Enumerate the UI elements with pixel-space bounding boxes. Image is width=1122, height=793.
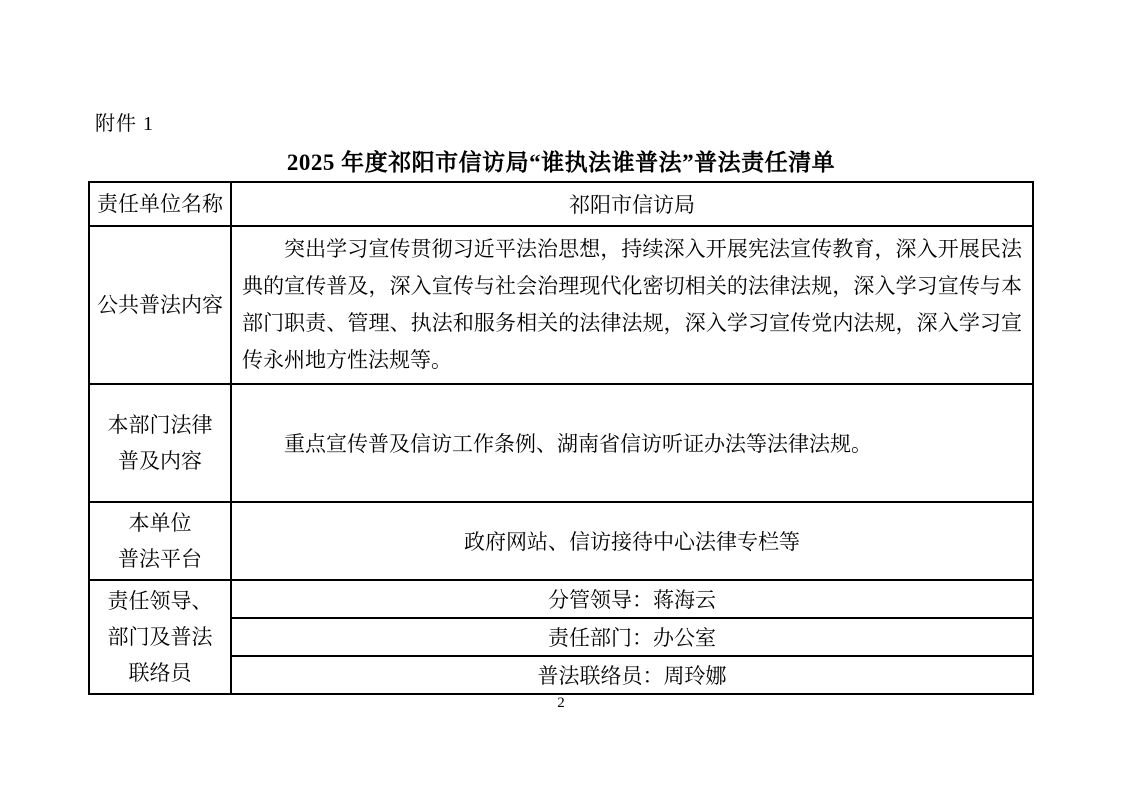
row-label-platform-line2: 普法平台: [94, 541, 226, 577]
row-value-unit-name: 祁阳市信访局: [231, 182, 1033, 226]
row-label-leaders-line2: 部门及普法: [94, 619, 226, 655]
row-label-dept-law-line2: 普及内容: [94, 443, 226, 479]
table-row-leaders-3: 普法联络员：周玲娜: [89, 656, 1033, 694]
row-label-platform: 本单位 普法平台: [89, 502, 231, 580]
row-value-responsible-dept: 责任部门：办公室: [231, 618, 1033, 656]
row-value-public-content: 突出学习宣传贯彻习近平法治思想，持续深入开展宪法宣传教育，深入开展民法典的宣传普…: [231, 226, 1033, 384]
table-row-public-content: 公共普法内容 突出学习宣传贯彻习近平法治思想，持续深入开展宪法宣传教育，深入开展…: [89, 226, 1033, 384]
row-label-public-content: 公共普法内容: [89, 226, 231, 384]
row-value-platform: 政府网站、信访接待中心法律专栏等: [231, 502, 1033, 580]
document-page: 附件 1 2025 年度祁阳市信访局“谁执法谁普法”普法责任清单 责任单位名称 …: [0, 0, 1122, 793]
row-label-dept-law: 本部门法律 普及内容: [89, 384, 231, 502]
row-label-leaders: 责任领导、 部门及普法 联络员: [89, 580, 231, 694]
table-row-dept-law: 本部门法律 普及内容 重点宣传普及信访工作条例、湖南省信访听证办法等法律法规。: [89, 384, 1033, 502]
row-label-platform-line1: 本单位: [94, 505, 226, 541]
attachment-label: 附件 1: [95, 107, 154, 136]
table-row-leaders-2: 责任部门：办公室: [89, 618, 1033, 656]
row-value-dept-law: 重点宣传普及信访工作条例、湖南省信访听证办法等法律法规。: [231, 384, 1033, 502]
row-value-liaison: 普法联络员：周玲娜: [231, 656, 1033, 694]
table-row-leaders-1: 责任领导、 部门及普法 联络员 分管领导：蒋海云: [89, 580, 1033, 618]
row-label-dept-law-line1: 本部门法律: [94, 407, 226, 443]
row-label-leaders-line3: 联络员: [94, 655, 226, 691]
page-number: 2: [0, 695, 1122, 712]
table-row-unit-name: 责任单位名称 祁阳市信访局: [89, 182, 1033, 226]
table-row-platform: 本单位 普法平台 政府网站、信访接待中心法律专栏等: [89, 502, 1033, 580]
row-value-leader-in-charge: 分管领导：蒋海云: [231, 580, 1033, 618]
duty-list-table: 责任单位名称 祁阳市信访局 公共普法内容 突出学习宣传贯彻习近平法治思想，持续深…: [88, 181, 1034, 695]
document-title: 2025 年度祁阳市信访局“谁执法谁普法”普法责任清单: [0, 144, 1122, 177]
row-label-unit-name: 责任单位名称: [89, 182, 231, 226]
row-label-leaders-line1: 责任领导、: [94, 583, 226, 619]
